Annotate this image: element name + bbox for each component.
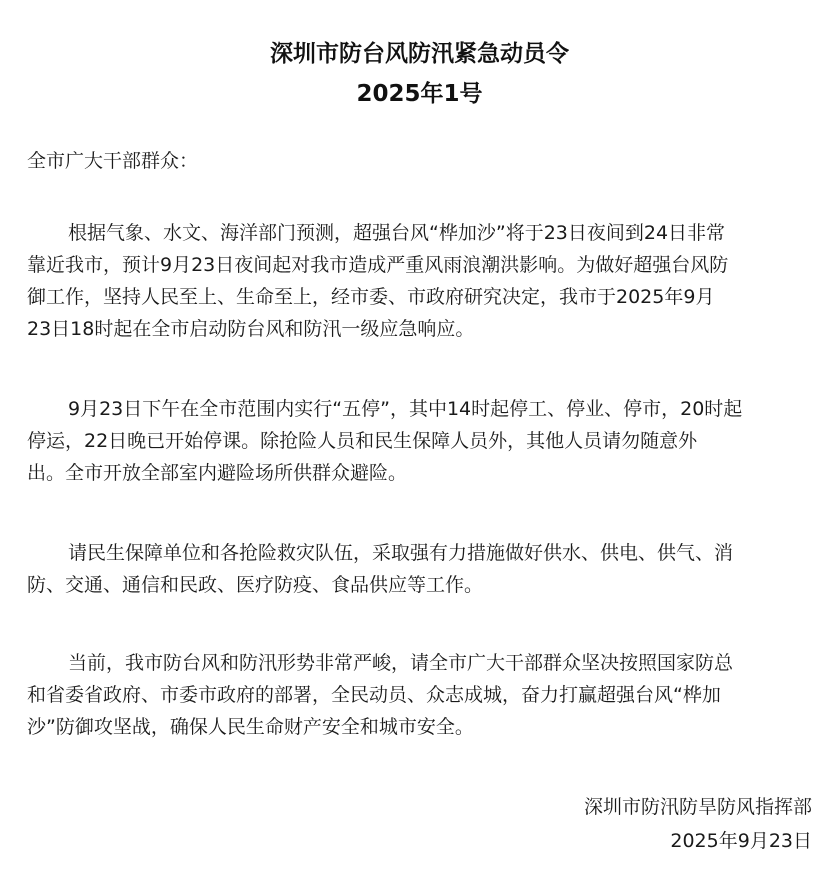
paragraph-line: 出。全市开放全部室内避险场所供群众避险。 [27,457,817,489]
signature-date: 2025年9月23日 [670,826,812,853]
paragraph-forecast-response: 根据气象、水文、海洋部门预测，超强台风“桦加沙”将于23日夜间到24日非常 靠近… [27,217,817,345]
paragraph-line: 靠近我市，预计9月23日夜间起对我市造成严重风雨浪潮洪影响。为做好超强台风防 [27,249,817,281]
paragraph-call-to-action: 当前，我市防台风和防汛形势非常严峻，请全市广大干部群众坚决按照国家防总 和省委省… [27,647,817,743]
paragraph-line: 请民生保障单位和各抢险救灾队伍，采取强有力措施做好供水、供电、供气、消 [27,537,817,569]
paragraph-line: 沙”防御攻坚战，确保人民生命财产安全和城市安全。 [27,711,817,743]
paragraph-line: 防、交通、通信和民政、医疗防疫、食品供应等工作。 [27,569,817,601]
paragraph-line: 停运，22日晚已开始停课。除抢险人员和民生保障人员外，其他人员请勿随意外 [27,425,817,457]
salutation: 全市广大干部群众： [27,146,198,173]
paragraph-line: 和省委省政府、市委市政府的部署，全民动员、众志成城，奋力打赢超强台风“桦加 [27,679,817,711]
mobilization-order-document: 深圳市防台风防汛紧急动员令 2025年1号 全市广大干部群众： 根据气象、水文、… [0,0,839,885]
document-title: 深圳市防台风防汛紧急动员令 [0,35,839,68]
paragraph-line: 23日18时起在全市启动防台风和防汛一级应急响应。 [27,313,817,345]
paragraph-public-services: 请民生保障单位和各抢险救灾队伍，采取强有力措施做好供水、供电、供气、消 防、交通… [27,537,817,601]
paragraph-line: 御工作，坚持人民至上、生命至上，经市委、市政府研究决定，我市于2025年9月 [27,281,817,313]
paragraph-line: 根据气象、水文、海洋部门预测，超强台风“桦加沙”将于23日夜间到24日非常 [27,217,817,249]
document-number: 2025年1号 [0,75,839,108]
paragraph-five-stops: 9月23日下午在全市范围内实行“五停”，其中14时起停工、停业、停市，20时起 … [27,393,817,489]
paragraph-line: 当前，我市防台风和防汛形势非常严峻，请全市广大干部群众坚决按照国家防总 [27,647,817,679]
paragraph-line: 9月23日下午在全市范围内实行“五停”，其中14时起停工、停业、停市，20时起 [27,393,817,425]
signature-organization: 深圳市防汛防旱防风指挥部 [584,792,812,819]
